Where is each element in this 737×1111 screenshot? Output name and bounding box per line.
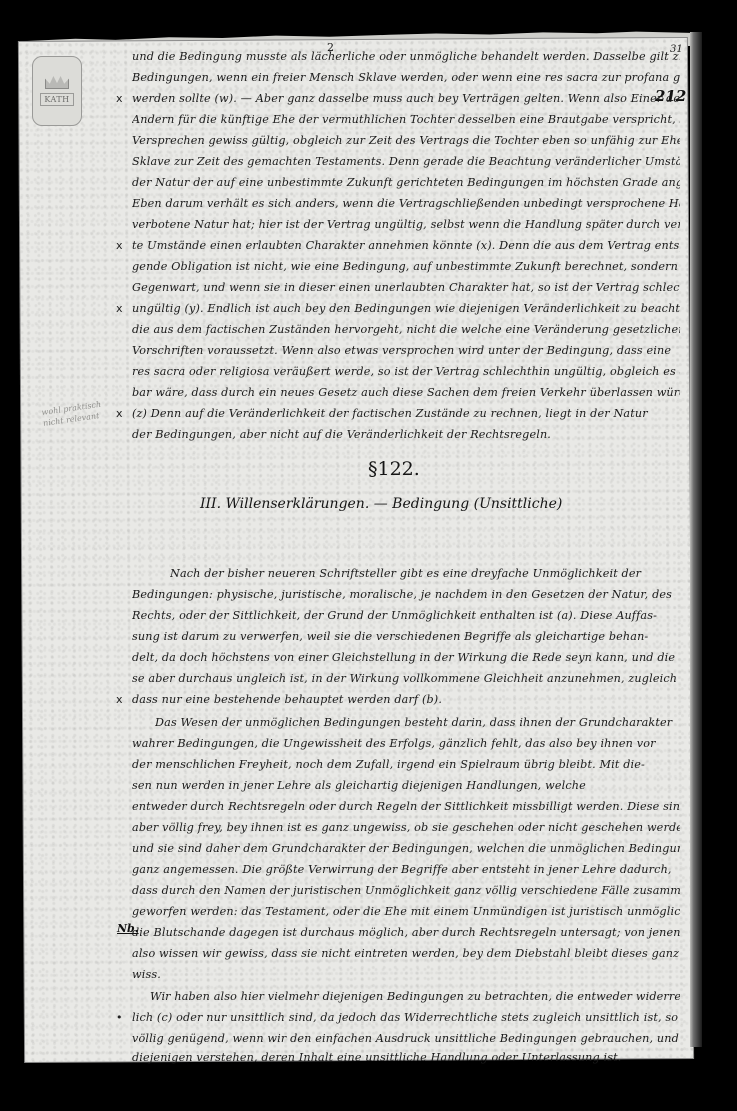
text-line: Bedingungen: physische, juristische, mor…	[132, 588, 680, 601]
text-line: Gegenwart, und wenn sie in dieser einen …	[132, 281, 680, 294]
text-line: ganz angemessen. Die größte Verwirrung d…	[132, 863, 680, 876]
text-line: Wir haben also hier vielmehr diejenigen …	[150, 990, 680, 1003]
text-line: Vorschriften voraussetzt. Wenn also etwa…	[132, 344, 680, 357]
text-line: der Bedingungen, aber nicht auf die Verä…	[132, 428, 680, 441]
text-line: Sklave zur Zeit des gemachten Testaments…	[132, 155, 680, 168]
margin-x-marker: x	[116, 239, 123, 252]
text-line: Nach der bisher neueren Schriftsteller g…	[170, 567, 680, 580]
text-line: verbotene Natur hat; hier ist der Vertra…	[132, 218, 680, 231]
text-line: ungültig (y). Endlich ist auch bey den B…	[132, 302, 680, 315]
text-line: und die Bedingung musste als lächerliche…	[132, 50, 680, 63]
text-line: (z) Denn auf die Veränderlichkeit der fa…	[132, 407, 680, 420]
text-line: Eben darum verhält es sich anders, wenn …	[132, 197, 680, 210]
margin-x-marker: x	[116, 302, 123, 315]
text-line: te Umstände einen erlaubten Charakter an…	[132, 239, 680, 252]
text-line: völlig genügend, wenn wir den einfachen …	[132, 1032, 680, 1045]
margin-x-marker: x	[116, 92, 123, 105]
text-line: der Natur der auf eine unbestimmte Zukun…	[132, 176, 680, 189]
text-line: bar wäre, dass durch ein neues Gesetz au…	[132, 386, 680, 399]
text-line: dass nur eine bestehende behauptet werde…	[132, 693, 680, 706]
margin-x-marker: x	[116, 693, 123, 706]
text-line: Rechts, oder der Sittlichkeit, der Grund…	[132, 609, 680, 622]
scanned-manuscript: KATH 31 212 2 und die Bedingung musste a…	[0, 0, 737, 1111]
section-title: III. Willenserklärungen. — Bedingung (Un…	[200, 496, 562, 512]
margin-pencil-note: wohl praktisch nicht relevant	[41, 397, 115, 429]
text-line: sen nun werden in jener Lehre als gleich…	[132, 779, 680, 792]
text-line: sung ist darum zu verwerfen, weil sie di…	[132, 630, 680, 643]
text-line: se aber durchaus ungleich ist, in der Wi…	[132, 672, 680, 685]
text-line: dass durch den Namen der juristischen Un…	[132, 884, 680, 897]
text-line: entweder durch Rechtsregeln oder durch R…	[132, 800, 680, 813]
text-block: und die Bedingung musste als lächerliche…	[0, 0, 737, 1111]
section-number: §122.	[368, 458, 420, 480]
text-line: geworfen werden: das Testament, oder die…	[132, 905, 680, 918]
margin-x-marker: x	[116, 407, 123, 420]
text-line: die Blutschande dagegen ist durchaus mög…	[132, 926, 680, 939]
text-line: Andern für die künftige Ehe der vermuthl…	[132, 113, 680, 126]
text-line: werden sollte (w). — Aber ganz dasselbe …	[132, 92, 680, 105]
margin-nota-bene-mark: Nb.	[117, 922, 139, 935]
text-line: aber völlig frey, bey ihnen ist es ganz …	[132, 821, 680, 834]
text-line: wiss.	[132, 968, 680, 981]
text-line: res sacra oder religiosa veräußert werde…	[132, 365, 680, 378]
text-line: die aus dem factischen Zuständen hervorg…	[132, 323, 680, 336]
text-line: delt, da doch höchstens von einer Gleich…	[132, 651, 680, 664]
text-line: also wissen wir gewiss, dass sie nicht e…	[132, 947, 680, 960]
text-line: diejenigen verstehen, deren Inhalt eine …	[132, 1051, 680, 1064]
text-line: Bedingungen, wenn ein freier Mensch Skla…	[132, 71, 680, 84]
margin-bullet-marker: •	[116, 1011, 123, 1024]
text-line: wahrer Bedingungen, die Ungewissheit des…	[132, 737, 680, 750]
text-line: der menschlichen Freyheit, noch dem Zufa…	[132, 758, 680, 771]
text-line: und sie sind daher dem Grundcharakter de…	[132, 842, 680, 855]
text-line: Versprechen gewiss gültig, obgleich zur …	[132, 134, 680, 147]
text-line: gende Obligation ist nicht, wie eine Bed…	[132, 260, 680, 273]
text-line: lich (c) oder nur unsittlich sind, da je…	[132, 1011, 680, 1024]
text-line: Das Wesen der unmöglichen Bedingungen be…	[155, 716, 680, 729]
